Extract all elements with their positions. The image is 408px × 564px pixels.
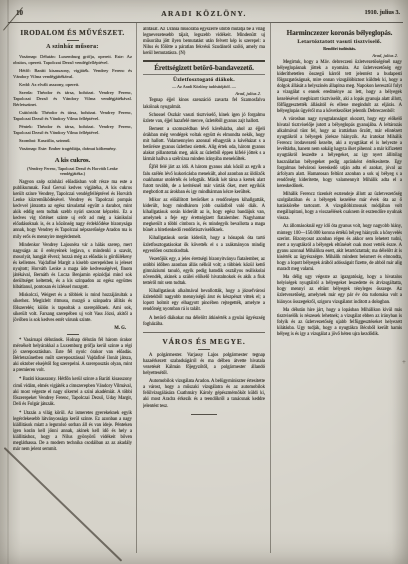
theatre-program-title: A szinház műsora:	[13, 44, 132, 50]
section-rule	[143, 332, 265, 333]
schedule-entry: Péntek: Théodor és társa, bohózat. Vendr…	[13, 124, 132, 136]
column-center: állitását. Az Uránia műsorába egyszerre …	[143, 27, 265, 557]
review-paragraph: Miskolczi, Weigert és a többiek is mind …	[13, 293, 132, 323]
schedule-entry: Kedd: Az elvált asszony, operett.	[13, 82, 132, 88]
review-heading: A kis cukros.	[13, 157, 132, 164]
review-signature: M. G.	[13, 326, 126, 331]
article-paragraph: Éjfél felé járt az idő. A három gyanus a…	[143, 165, 265, 195]
article-headline-burglars: Érettségizett betörő-bandavezető.	[143, 64, 265, 72]
article-paragraph: Mihálik Ferencz tizenkét esztendeje állo…	[277, 192, 402, 222]
end-rule	[191, 414, 217, 415]
article-paragraph: Schossel Oszkár vasuti tisztviselő, kine…	[143, 113, 265, 125]
article-paragraph: Bement a szomszédban lévő kávéházba, aho…	[143, 127, 265, 164]
theatre-note: * Utazás a világ körül. Az ismeretes gye…	[13, 411, 132, 454]
column-stamp-theft: Harminczezer koronás bélyeglopás. Letart…	[277, 27, 402, 557]
column-divider-right	[270, 23, 271, 553]
article-paragraph: Ma délután hire járt, hogy a lopásban Mi…	[277, 308, 402, 338]
review-paragraph: Mindenkor Vendrey Lajosnéra vár a hálás …	[13, 243, 132, 292]
section-title-literature: IRODALOM ÉS MŰVÉSZET.	[13, 29, 132, 37]
article-headline-stamp-theft: Harminczezer koronás bélyeglopás.	[277, 29, 402, 37]
article-paragraph: Kihallgatásuk során kiderült, hogy a hón…	[143, 236, 265, 254]
article-rule-thin	[143, 74, 265, 75]
divider	[67, 334, 79, 335]
schedule-entry: Hétfő: Baráti kisasszony, vigjáték. Vend…	[13, 68, 132, 80]
article-paragraph: A városban nagy nyugtalanságot okozott, …	[277, 117, 402, 190]
column-divider-left	[136, 23, 137, 553]
continuation-paragraph: állitását. Az Uránia műsorába egyszerre …	[143, 27, 265, 57]
column-literature: IRODALOM ÉS MŰVÉSZET. A szinház műsora: …	[13, 27, 132, 557]
article-subhead: Letartóztatott vasuti tisztviselő.	[277, 39, 402, 45]
article-dateline: Arad, julius 2.	[143, 91, 261, 96]
divider	[67, 40, 79, 41]
city-news-paragraph: Automobilok vizsgálata Aradon. A belügym…	[143, 379, 265, 409]
review-paragraph: Nagyon szép szinházi előadásban volt rés…	[13, 180, 132, 241]
fold-line-artifact	[7, 0, 9, 564]
theatre-note: * Baráti kisasszony. Hétfőn kerül szinre…	[13, 377, 132, 407]
article-paragraph: Tegnap éjjel kinos szenzáció zavarta fel…	[143, 98, 265, 110]
article-paragraph: Vezetőjük egy, a jeles érettségi bizonyi…	[143, 257, 265, 287]
issue-date: 1910. julius 3.	[365, 10, 400, 16]
schedule-entry: Szerda: Théodor és társa, bohózat. Vendr…	[13, 90, 132, 107]
schedule-entry: Csütörtök: Théodor és társa, bohózat. Ve…	[13, 110, 132, 122]
schedule-entry: Szombat: Kasztilia, szinmű.	[13, 138, 132, 144]
divider	[198, 349, 210, 350]
article-paragraph: A betörő diákokat ma délelőtt átkisérték…	[143, 316, 265, 328]
theatre-note: * Vasárnapi délutánok. Holnap délután fé…	[13, 338, 132, 375]
article-subhead: Üzletfosztogató diákok.	[143, 77, 265, 83]
margin-mark: +	[402, 358, 406, 366]
article-credit: Rendőri tudósitás.	[277, 46, 402, 51]
schedule-entry: Vasárnap: Délután: Luxemburg grófja, ope…	[13, 54, 132, 66]
review-byline: (Vendrey Ferenc, Tapolczai Dezső és Horv…	[15, 166, 130, 177]
city-news-paragraph: A polgármester. Varjassy Lajos polgármes…	[143, 353, 265, 377]
article-dateline: Arad, julius 2.	[277, 53, 398, 58]
newspaper-page: 10 ARADI KÖZLÖNY. 1910. julius 3. IRODAL…	[0, 0, 408, 564]
article-paragraph: Az állomásoknál egy idő óta gyanus volt,…	[277, 224, 402, 273]
masthead-title: ARADI KÖZLÖNY.	[0, 9, 408, 18]
schedule-entry: Vasárnap: Este: Ember tragédiája, drámai…	[13, 146, 132, 152]
section-title-city-county: VÁROS ÉS MEGYE.	[143, 337, 265, 346]
article-paragraph: Ma délig ugy végezte az igazgatóság, hog…	[277, 275, 402, 305]
article-paragraph: Mikor az előállitott betörőket a rendőrs…	[143, 198, 265, 235]
article-rule-thick	[143, 60, 265, 62]
article-credit: — Az Aradi Közlöny tudósitójától. —	[143, 84, 265, 89]
header-rule	[8, 22, 403, 23]
article-paragraph: Kihallgatásuk alkalmával bevallották, ho…	[143, 289, 265, 313]
article-paragraph: Megirtuk, hogy a Máv. debreczeni üzletve…	[277, 60, 402, 115]
